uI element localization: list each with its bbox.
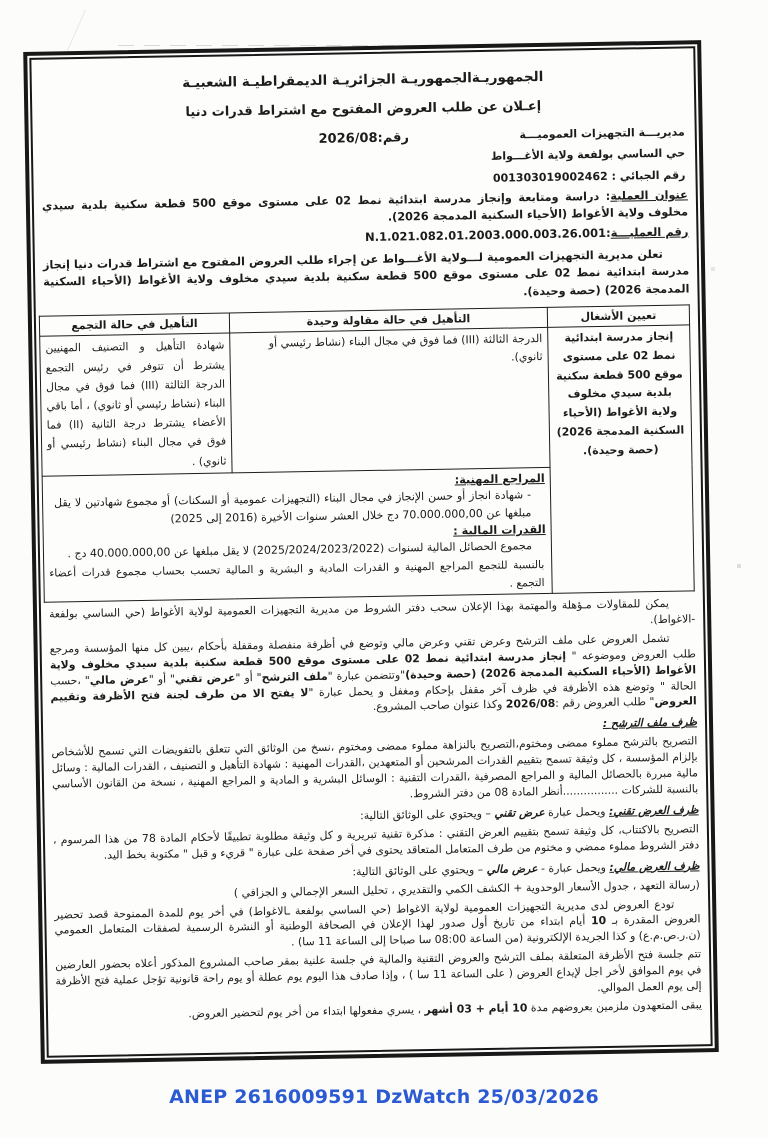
works-designation-cell: إنجاز مدرسة ابتدائية نمط 02 على مستوى مو…: [548, 325, 695, 593]
header-number-row: رقم:2026/08 مديريـــة التجهيزات العموميـ…: [41, 119, 688, 194]
text-segment: التصريح بالاكتتاب، كل وثيقة تسمح بتقييم …: [53, 822, 699, 861]
anep-footer: ANEP 2616009591 DzWatch 25/03/2026: [0, 1086, 768, 1108]
text-segment: ، يسري مفعولها ابتداء من أخر يوم لتحضير …: [188, 1003, 424, 1020]
text-segment: 2026/08: [506, 697, 556, 711]
text-segment: عرض تقني: [494, 806, 545, 820]
republic-heading: الجمهوريـةالجمهوريـة الجزائريـة الديمقرا…: [40, 66, 686, 93]
text-segment: يمكن للمقاولات مـؤهلة والمهتمة بهذا الإع…: [49, 597, 695, 626]
column-header-works: تعيين الأشغال: [547, 305, 689, 327]
body-paragraphs: يمكن للمقاولات مـؤهلة والمهتمة بهذا الإع…: [49, 595, 702, 1024]
scanned-document-page: الجمهوريـةالجمهوريـة الجزائريـة الديمقرا…: [0, 0, 768, 1138]
body-paragraph: التصريح بالترشح مملوء ممضى ومختوم،التصري…: [51, 734, 698, 809]
professional-references-text: - شهادة انجاز أو حسن الإنجاز في مجال الب…: [48, 485, 546, 530]
text-segment: عرض مالي: [486, 862, 537, 876]
text-segment: ويحمل عبارة: [545, 805, 610, 819]
agency-block: مديريـــة التجهيزات العموميـــة حي الساس…: [490, 121, 685, 189]
operation-title-label: عنوان العملية: [610, 188, 688, 202]
announcement-title: إعـلان عن طلب العروض المفتوح مع اشتراط ق…: [40, 96, 686, 122]
operation-number-value: N.1.021.082.01.2003.000.003.26.001: [365, 226, 606, 244]
document-content: الجمهوريـةالجمهوريـة الجزائريـة الديمقرا…: [29, 46, 712, 1057]
text-segment: التصريح بالترشح مملوء ممضى ومختوم،التصري…: [51, 735, 698, 801]
text-segment: تتم جلسة فتح الأظرفة المتعلقة بملف الترش…: [55, 948, 702, 995]
text-segment: ظرف ملف الترشح :: [603, 716, 697, 731]
scan-noise-specks: [0, 0, 2, 2]
group-qualification-cell: شهادة التأهيل و التصنيف المهنيين يشترط أ…: [40, 333, 232, 476]
text-segment: – ويحتوي على الوثائق التالية:: [352, 863, 486, 878]
text-segment: 10: [591, 914, 606, 927]
references-cell: المراجع المهنية: - شهادة انجاز أو حسن ال…: [42, 467, 552, 602]
text-segment: يبقى المتعهدون ملزمين بعروضهم مدة: [527, 998, 702, 1014]
text-segment: " طلب العروض رقم :: [555, 695, 654, 710]
text-segment: – ويحتوي على الوثائق التالية:: [360, 807, 494, 822]
document-frame: الجمهوريـةالجمهوريـة الجزائريـة الديمقرا…: [23, 40, 719, 1064]
text-segment: ملف الترشح: [262, 669, 328, 683]
tender-number-value: 2026/08: [318, 131, 377, 147]
text-segment: 10 أيام + 03 أشهر: [424, 1001, 527, 1016]
text-segment: عرض مالي: [90, 672, 149, 686]
single-contractor-qualification-cell: الدرجة الثالثة (III) فما فوق في مجال الب…: [230, 328, 550, 473]
text-segment: "وتتضمن عبارة ": [328, 668, 406, 682]
text-segment: ظرف العرض تقني:: [609, 803, 699, 818]
tender-number-label: رقم:: [377, 130, 409, 146]
operation-number-label: رقم العمليـــة: [611, 224, 689, 239]
text-segment: (رسالة التعهد ، جدول الأسعار الوحدوية + …: [234, 878, 700, 899]
table-row: إنجاز مدرسة ابتدائية نمط 02 على مستوى مو…: [40, 325, 692, 476]
operation-title-text: : دراسة ومتابعة وإنجاز مدرسة ابتدائية نم…: [42, 190, 688, 224]
body-paragraph: تشمل العروض على ملف الترشح وعرض تقني وعر…: [50, 630, 697, 721]
fiscal-label: رقم الجبائي :: [611, 168, 685, 182]
fiscal-value: 001303019002462: [493, 170, 608, 185]
text-segment: عرض تقني: [175, 671, 236, 685]
body-paragraph: تتم جلسة فتح الأظرفة المتعلقة بملف الترش…: [55, 947, 702, 1006]
body-paragraph: تودع العروض لدى مديرية التجهيزات العمومي…: [54, 896, 701, 955]
text-segment: ويحمل عبارة -: [537, 861, 609, 875]
qualification-table: تعيين الأشغال التأهيل في حالة مقاولة وحي…: [39, 305, 695, 603]
announcement-paragraph: تعلن مديرية التجهيزات العمومية لـــولاية…: [43, 245, 690, 309]
text-segment: " أو ": [235, 671, 261, 684]
agency-fiscal-number: رقم الجبائي : 001303019002462: [491, 164, 686, 189]
text-segment: " أو ": [149, 672, 175, 685]
text-segment: ظرف العرض مالي:: [609, 859, 699, 874]
text-segment: وكذا عنوان صاحب المشروع.: [373, 698, 506, 713]
